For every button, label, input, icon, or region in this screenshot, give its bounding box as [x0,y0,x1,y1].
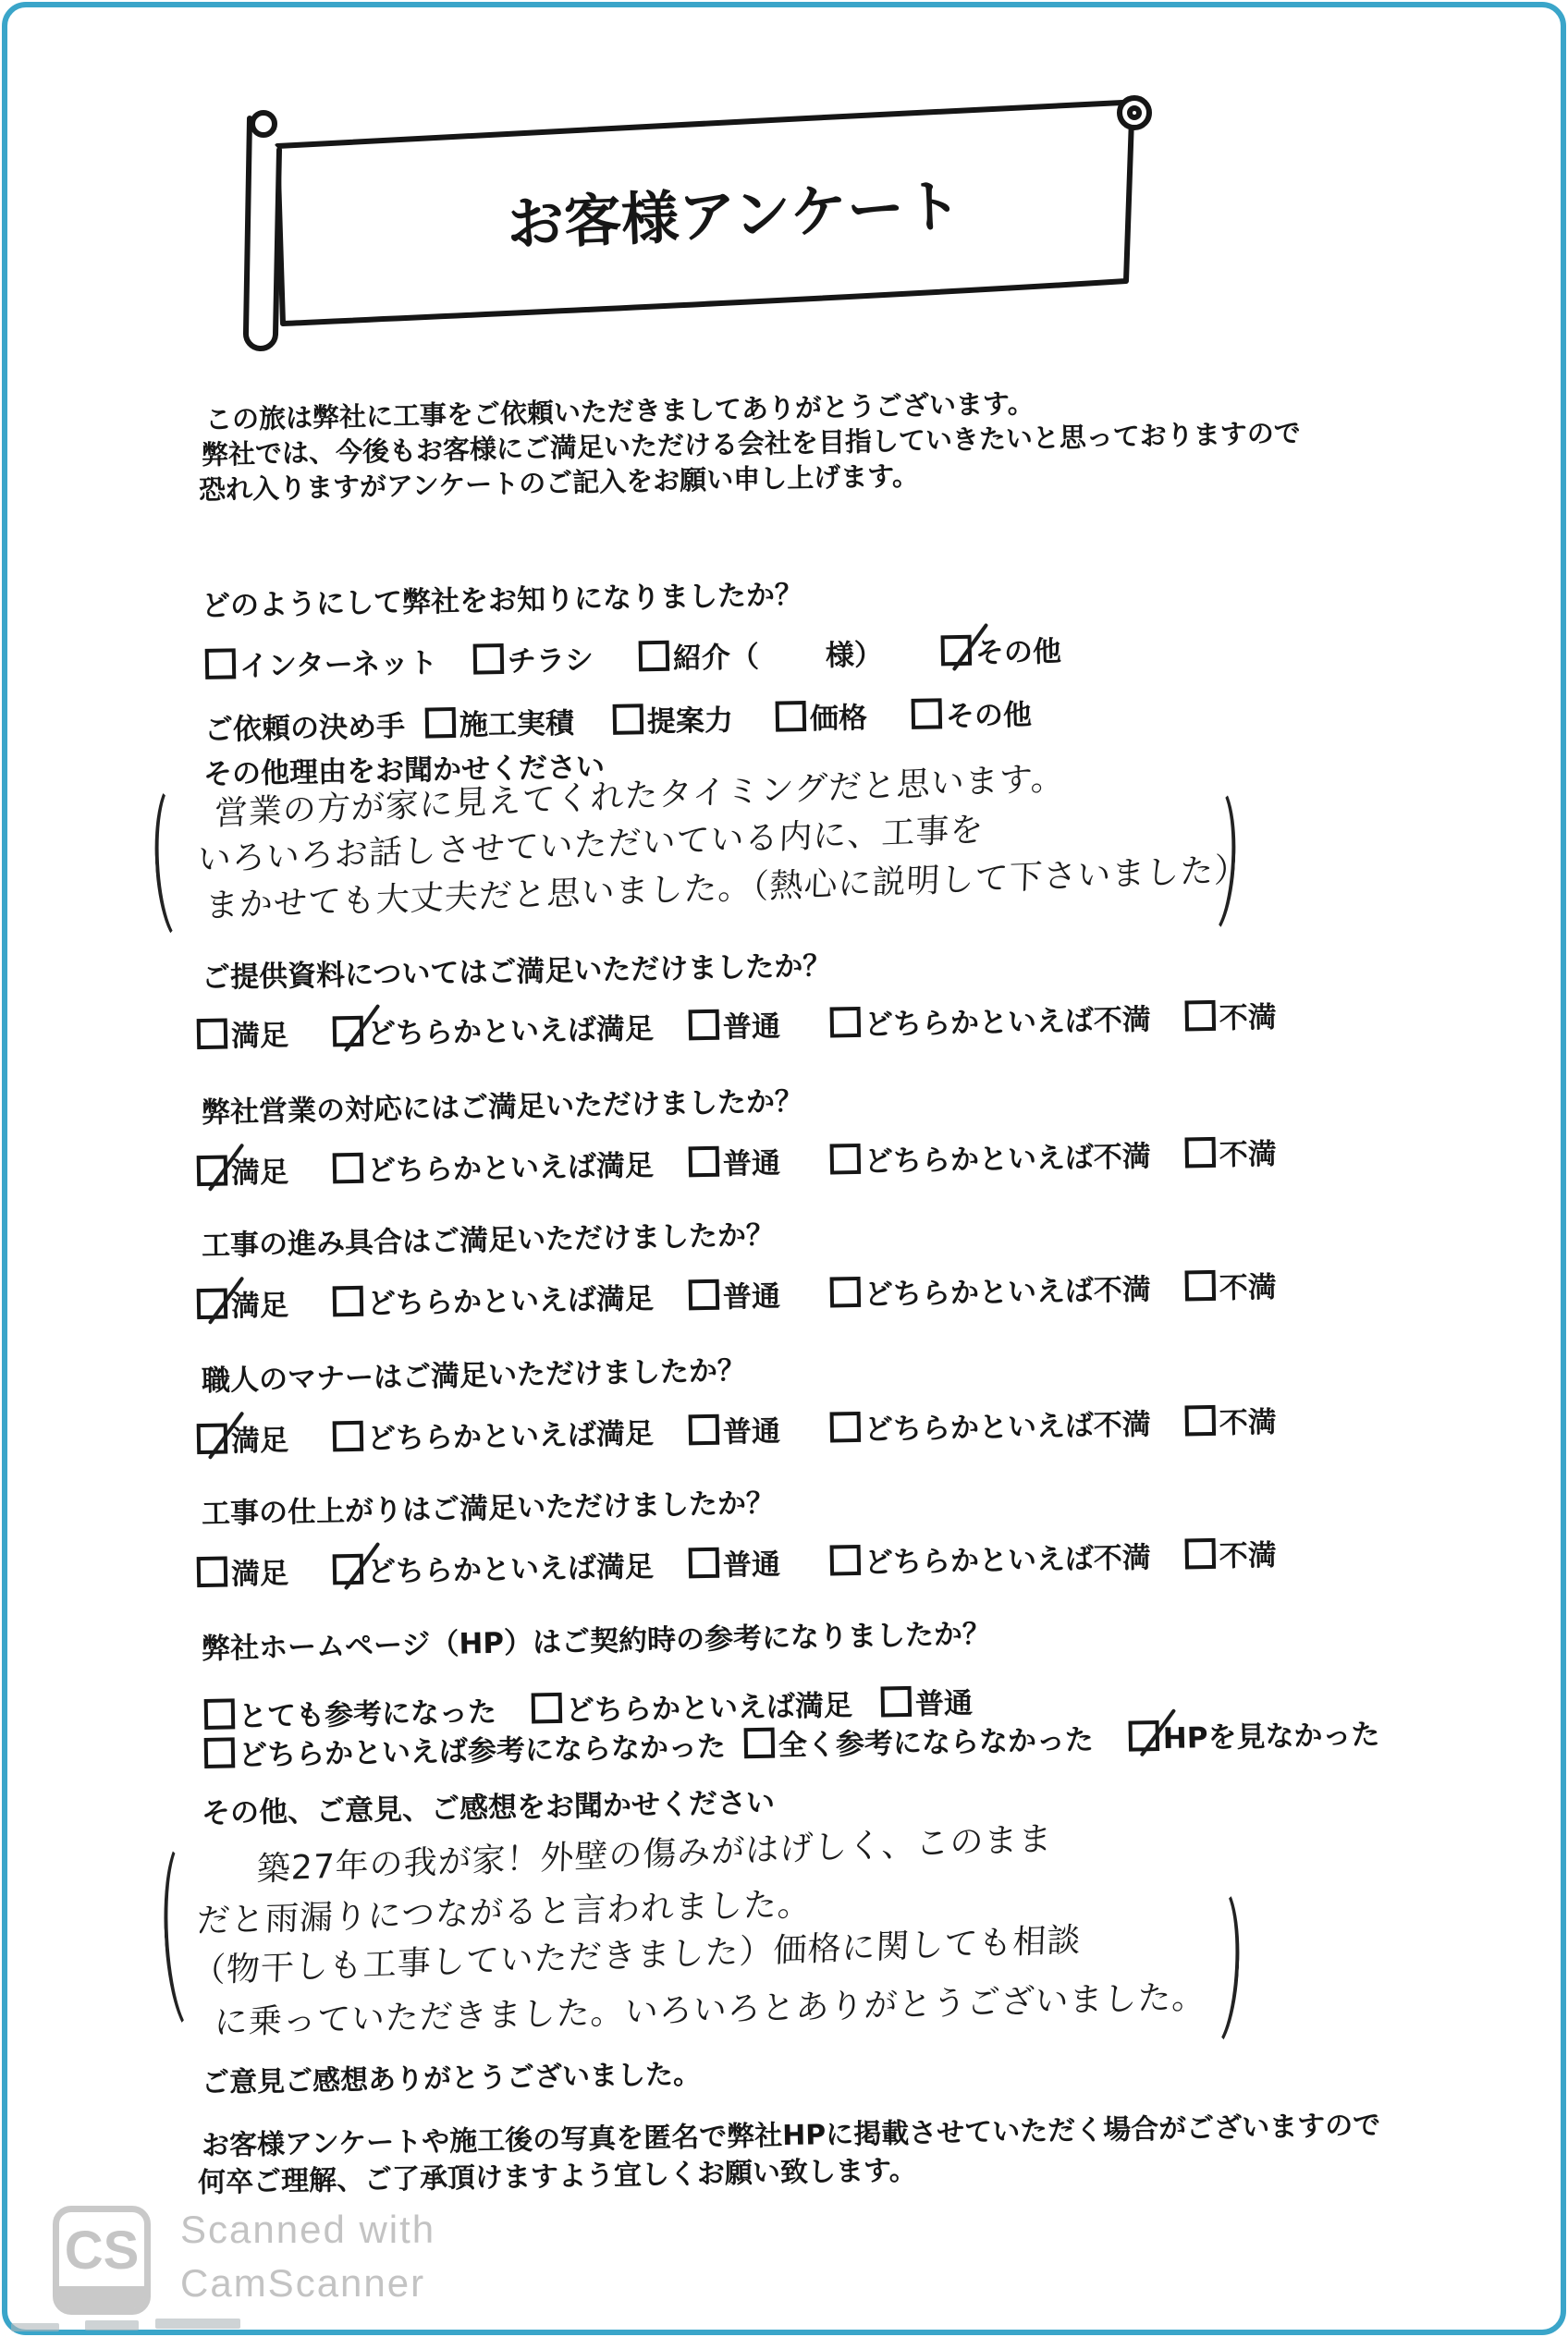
option-track-record: 施工実積 [425,700,575,744]
option-label: HPを見なかった [1162,1711,1379,1756]
checkbox-price [776,701,807,732]
checkbox [689,1548,720,1579]
option-satisfied: 満足 [197,1416,289,1460]
option-proposal: 提案力 [612,696,733,740]
option-other: その他 [940,628,1061,671]
camscanner-logo-letters: CS [59,2220,144,2282]
checkbox-checked [197,1423,228,1454]
option-label: 紹介（ [672,633,759,677]
option-somewhat-dissatisfied: どちらかといえば不満 [829,996,1151,1043]
checkbox-other-checked [941,635,973,667]
options-row-sales: 満足 どちらかといえば満足 普通 どちらかといえば不満 不満 [0,1130,1313,1194]
option-somewhat-dissatisfied: どちらかといえば不満 [829,1266,1151,1313]
checkbox [333,1153,364,1184]
option-satisfied: 満足 [197,1148,289,1192]
option-somewhat-satisfied: どちらかといえば満足 [333,1410,655,1457]
option-did-not-see-hp: HPを見なかった [1128,1711,1379,1757]
question-progress: 工事の進み具合はご満足いただけましたか？ [202,1211,776,1264]
checkbox-checked [197,1155,228,1186]
option-somewhat-satisfied: どちらかといえば満足 [333,1005,655,1052]
watermark-text-line: Scanned with [180,2208,435,2252]
checkbox-checked [197,1288,228,1319]
option-somewhat-unhelpful: どちらかといえば参考にならなかった [204,1723,727,1774]
camscanner-logo-icon: CS [53,2206,151,2315]
checkbox-proposal [613,704,644,735]
option-label: 普通 [722,1541,780,1584]
decision-label: ご依頼の決め手 [204,703,406,748]
question-homepage: 弊社ホームページ（HP）はご契約時の参考になりましたか？ [202,1610,992,1667]
option-label: 普通 [722,1140,780,1182]
option-somewhat-satisfied: どちらかといえば満足 [333,1275,655,1322]
option-other-factor: その他 [911,691,1032,735]
scan-artifact [85,2320,139,2331]
question-finish: 工事の仕上がりはご満足いただけましたか？ [202,1479,776,1532]
option-label: どちらかといえば不満 [864,996,1151,1043]
option-dissatisfied: 不満 [1184,1264,1277,1307]
checkbox [532,1693,563,1724]
checkbox [830,1277,862,1308]
checkbox [197,1018,228,1049]
checkbox [1184,1270,1216,1302]
option-dissatisfied: 不満 [1184,1532,1277,1575]
scan-artifact [155,2319,240,2329]
checkbox [689,1279,720,1311]
option-dissatisfied: 不満 [1184,1399,1277,1442]
watermark-text-line: CamScanner [180,2261,425,2306]
checkbox [689,1414,720,1446]
option-label: その他 [945,691,1032,735]
question-how-found: どのようにして弊社をお知りになりましたか？ [202,571,804,624]
options-row-manners: 満足 どちらかといえば満足 普通 どちらかといえば不満 不満 [0,1398,1313,1462]
checkbox [689,1146,720,1178]
checkbox-other-factor [912,698,943,729]
option-neutral: 普通 [688,1408,780,1451]
checkbox-internet [205,648,237,679]
option-internet: インターネット [205,639,438,685]
option-label: 普通 [914,1680,973,1722]
option-label: どちらかといえば満足 [367,1543,655,1590]
checkbox [1184,1000,1216,1032]
option-label: どちらかといえば不満 [864,1534,1151,1581]
option-dissatisfied: 不満 [1184,1131,1277,1174]
option-somewhat-satisfied: どちらかといえば満足 [333,1543,655,1590]
checkbox [830,1007,862,1038]
option-label: 普通 [722,1003,780,1046]
checkbox [204,1698,236,1730]
options-row-progress: 満足 どちらかといえば満足 普通 どちらかといえば不満 不満 [0,1263,1313,1328]
checkbox [744,1728,776,1759]
checkbox-referral [639,641,670,672]
option-label: 価格 [809,694,867,737]
checkbox [1184,1538,1216,1570]
thanks-line: ご意見ご感想ありがとうございました。 [202,2051,702,2100]
option-not-helpful: 全く参考にならなかった [743,1716,1094,1764]
checkbox-checked [333,1016,364,1047]
option-label: 不満 [1219,1399,1277,1441]
options-row-materials: 満足 どちらかといえば満足 普通 どちらかといえば不満 不満 [0,993,1313,1058]
option-label: どちらかといえば満足 [367,1005,655,1052]
row-label: ご依頼の決め手 [204,703,406,748]
option-label: 提案力 [646,696,733,740]
options-row-decision: ご依頼の決め手 施工実積 提案力 価格 その他 [0,686,1313,751]
option-dissatisfied: 不満 [1184,994,1277,1037]
option-neutral: 普通 [688,1003,780,1046]
option-label: 不満 [1219,994,1277,1036]
checkbox-checked [333,1554,364,1585]
banner-left-curl-icon [252,113,275,135]
question-manners: 職人のマナーはご満足いただけましたか？ [202,1347,747,1399]
option-satisfied: 満足 [197,1549,289,1593]
handwriting-close-paren [1188,1883,1243,2051]
option-neutral: 普通 [688,1273,780,1316]
scan-artifact [11,2323,59,2331]
option-label: 普通 [722,1408,780,1450]
checkbox [204,1737,236,1768]
option-label: チラシ [508,636,594,679]
option-label: 満足 [231,1281,289,1324]
checkbox-flyer [473,643,505,675]
options-row-how-found: インターネット チラシ 紹介（ 様） その他 [0,623,1313,688]
option-somewhat-dissatisfied: どちらかといえば不満 [829,1534,1151,1581]
scroll-banner: お客様アンケート [233,76,1167,367]
option-somewhat-dissatisfied: どちらかといえば不満 [829,1132,1151,1180]
option-label: どちらかといえば満足 [367,1410,655,1457]
option-label: 施工実積 [459,700,575,743]
scanned-survey-page: お客様アンケート この旅は弊社に工事をご依頼いただきましてありがとうございます。… [0,0,1568,2337]
option-label: どちらかといえば不満 [864,1401,1151,1448]
option-label: 様） [825,631,883,674]
handwriting-close-paren [1187,783,1240,938]
checkbox [830,1412,862,1443]
option-label: どちらかといえば満足 [367,1142,655,1189]
checkbox [333,1421,364,1452]
banner-right-curl-icon [1120,98,1149,128]
option-somewhat-dissatisfied: どちらかといえば不満 [829,1401,1151,1448]
checkbox [830,1144,862,1175]
checkbox [1184,1405,1216,1437]
checkbox [881,1686,913,1718]
option-label: どちらかといえば参考にならなかった [239,1723,727,1774]
option-somewhat-satisfied: どちらかといえば満足 [333,1142,655,1189]
option-label: その他 [974,628,1061,671]
option-neutral: 普通 [688,1541,780,1585]
option-referral: 紹介（ [638,633,759,677]
option-label: 満足 [231,1011,289,1054]
option-label: 不満 [1219,1264,1277,1306]
option-label: 全く参考にならなかった [778,1716,1094,1763]
checkbox [1184,1137,1216,1168]
option-label: 満足 [231,1148,289,1191]
option-label: 満足 [231,1416,289,1459]
options-row-finish: 満足 どちらかといえば満足 普通 どちらかといえば不満 不満 [0,1531,1313,1596]
option-label: どちらかといえば不満 [864,1266,1151,1313]
option-label: どちらかといえば不満 [864,1132,1151,1180]
option-neutral: 普通 [688,1140,780,1183]
checkbox [333,1286,364,1317]
question-materials: ご提供資料についてはご満足いただけましたか？ [202,942,832,996]
checkbox [689,1009,720,1041]
banner-left-roll [246,118,279,349]
checkbox-track-record [425,707,457,739]
question-comments: その他、ご意見、ご感想をお聞かせください [202,1779,776,1831]
question-sales: 弊社営業の対応にはご満足いただけましたか？ [202,1078,804,1131]
checkbox [197,1556,228,1587]
option-flyer: チラシ [473,636,594,679]
option-label: インターネット [239,639,438,684]
camscanner-logo-bar [59,2286,144,2308]
option-satisfied: 満足 [197,1011,289,1055]
checkbox-checked [1129,1720,1160,1752]
option-label: どちらかといえば満足 [367,1275,655,1322]
option-price: 価格 [775,694,867,738]
option-label: 満足 [231,1549,289,1592]
option-satisfied: 満足 [197,1281,289,1325]
option-label: 不満 [1219,1532,1277,1574]
option-neutral: 普通 [880,1680,973,1723]
option-label: 普通 [722,1273,780,1315]
checkbox [830,1545,862,1576]
option-label: 不満 [1219,1131,1277,1173]
option-referral-suffix: 様） [825,631,883,674]
